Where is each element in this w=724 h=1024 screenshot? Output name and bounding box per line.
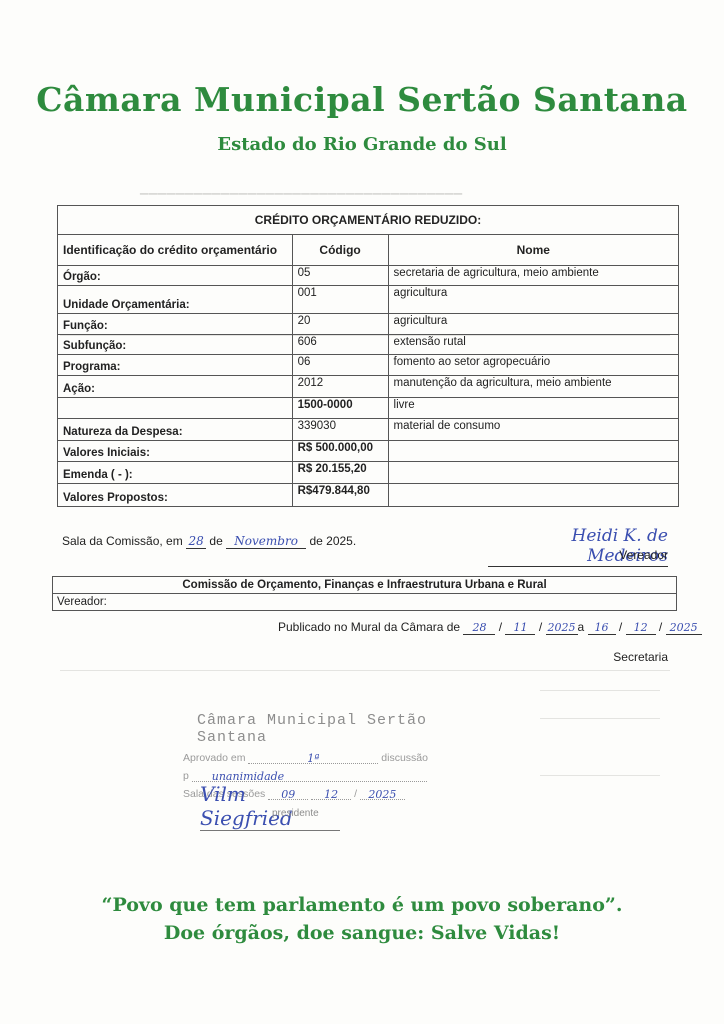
- row-label: Subfunção:: [58, 335, 293, 355]
- sala-prefix: Sala da Comissão, em: [62, 534, 183, 548]
- table-row: Emenda ( - ): R$ 20.155,20: [58, 462, 679, 484]
- row-name: agricultura: [388, 314, 678, 335]
- table-row: Natureza da Despesa: 339030 material de …: [58, 419, 679, 441]
- bleed-through-line: [540, 718, 660, 719]
- table-row: 1500-0000 livre: [58, 398, 679, 419]
- sala-suffix: de 2025.: [309, 534, 356, 548]
- date-separator: /: [619, 620, 622, 634]
- row-label: Programa:: [58, 355, 293, 376]
- published-a: a: [578, 620, 585, 634]
- table-row: Valores Iniciais: R$ 500.000,00: [58, 441, 679, 462]
- published-prefix: Publicado no Mural da Câmara de: [278, 620, 460, 634]
- row-label: Função:: [58, 314, 293, 335]
- row-code: R$ 500.000,00: [292, 441, 388, 462]
- row-label: Unidade Orçamentária:: [58, 286, 293, 314]
- credit-table: CRÉDITO ORÇAMENTÁRIO REDUZIDO: Identific…: [57, 205, 679, 507]
- published-from-day: 28: [463, 621, 495, 635]
- commission-table: Comissão de Orçamento, Finanças e Infrae…: [52, 576, 677, 611]
- stamp-title: Câmara Municipal Sertão Santana: [197, 712, 438, 746]
- table-row: Subfunção: 606 extensão rutal: [58, 335, 679, 355]
- published-from-month: 11: [505, 621, 535, 635]
- row-code: 06: [292, 355, 388, 376]
- column-header: Código: [292, 235, 388, 266]
- date-separator: /: [659, 620, 662, 634]
- published-to-year: 2025: [666, 621, 702, 635]
- row-label: Natureza da Despesa:: [58, 419, 293, 441]
- column-header: Nome: [388, 235, 678, 266]
- row-code: 606: [292, 335, 388, 355]
- president-role: presidente: [272, 808, 319, 819]
- row-name: [388, 441, 678, 462]
- table-title: CRÉDITO ORÇAMENTÁRIO REDUZIDO:: [58, 206, 679, 235]
- row-code: 339030: [292, 419, 388, 441]
- stamp-aprovado-label: Aprovado em: [183, 752, 245, 764]
- date-separator: /: [539, 620, 542, 634]
- table-title-row: CRÉDITO ORÇAMENTÁRIO REDUZIDO:: [58, 206, 679, 235]
- table-row: Função: 20 agricultura: [58, 314, 679, 335]
- row-code: 2012: [292, 376, 388, 398]
- state-subtitle: Estado do Rio Grande do Sul: [0, 134, 724, 155]
- row-label: Órgão:: [58, 266, 293, 286]
- stamp-year: 2025: [368, 788, 396, 801]
- row-label: Ação:: [58, 376, 293, 398]
- footer-campaign: Doe órgãos, doe sangue: Salve Vidas!: [0, 922, 724, 944]
- bleed-through-text: ▁▁▁▁▁▁▁▁▁▁▁▁▁▁▁▁▁▁▁▁▁▁▁▁▁▁▁▁▁▁▁▁▁▁▁▁: [140, 182, 463, 195]
- commission-title: Comissão de Orçamento, Finanças e Infrae…: [53, 577, 677, 594]
- row-name: extensão rutal: [388, 335, 678, 355]
- footer-motto: “Povo que tem parlamento é um povo sober…: [0, 894, 724, 916]
- published-to-month: 12: [626, 621, 656, 635]
- row-name: [388, 484, 678, 507]
- commission-vereador-field: Vereador:: [53, 594, 677, 611]
- row-code: R$ 20.155,20: [292, 462, 388, 484]
- row-name: manutenção da agricultura, meio ambiente: [388, 376, 678, 398]
- handwritten-day: 28: [186, 534, 206, 549]
- row-code: R$479.844,80: [292, 484, 388, 507]
- table-row: Valores Propostos: R$479.844,80: [58, 484, 679, 507]
- stamp-discussao-label: discussão: [381, 752, 428, 764]
- column-header: Identificação do crédito orçamentário: [58, 235, 293, 266]
- bleed-through-line: [60, 670, 670, 671]
- table-row: Programa: 06 fomento ao setor agropecuár…: [58, 355, 679, 376]
- row-label: [58, 398, 293, 419]
- bleed-through-line: [540, 775, 660, 776]
- vereador-role: Vereador: [560, 548, 668, 562]
- row-name: livre: [388, 398, 678, 419]
- row-label: Valores Propostos:: [58, 484, 293, 507]
- row-code: 1500-0000: [292, 398, 388, 419]
- row-code: 20: [292, 314, 388, 335]
- chamber-title: Câmara Municipal Sertão Santana: [0, 80, 724, 119]
- table-row: Ação: 2012 manutenção da agricultura, me…: [58, 376, 679, 398]
- row-name: secretaria de agricultura, meio ambiente: [388, 266, 678, 286]
- stamp-aprovado-value: 1ª: [307, 752, 319, 765]
- row-name: fomento ao setor agropecuário: [388, 355, 678, 376]
- row-label: Emenda ( - ):: [58, 462, 293, 484]
- handwritten-month: Novembro: [226, 534, 306, 549]
- row-code: 05: [292, 266, 388, 286]
- president-signature: Vilm Siegfried: [200, 782, 340, 831]
- stamp-p-label: p: [183, 770, 189, 782]
- sala-de: de: [209, 534, 222, 548]
- date-separator: /: [499, 620, 502, 634]
- secretaria-role: Secretaria: [600, 650, 668, 664]
- bleed-through-line: [540, 690, 660, 691]
- commission-date-line: Sala da Comissão, em 28 de Novembro de 2…: [62, 534, 356, 549]
- published-to-day: 16: [588, 621, 616, 635]
- published-line: Publicado no Mural da Câmara de 28 / 11 …: [278, 620, 702, 635]
- row-label: Valores Iniciais:: [58, 441, 293, 462]
- table-header-row: Identificação do crédito orçamentário Có…: [58, 235, 679, 266]
- row-name: [388, 462, 678, 484]
- table-row: Unidade Orçamentária: 001 agricultura: [58, 286, 679, 314]
- table-row: Órgão: 05 secretaria de agricultura, mei…: [58, 266, 679, 286]
- published-from-year: 2025: [546, 621, 578, 635]
- row-name: agricultura: [388, 286, 678, 314]
- row-name: material de consumo: [388, 419, 678, 441]
- row-code: 001: [292, 286, 388, 314]
